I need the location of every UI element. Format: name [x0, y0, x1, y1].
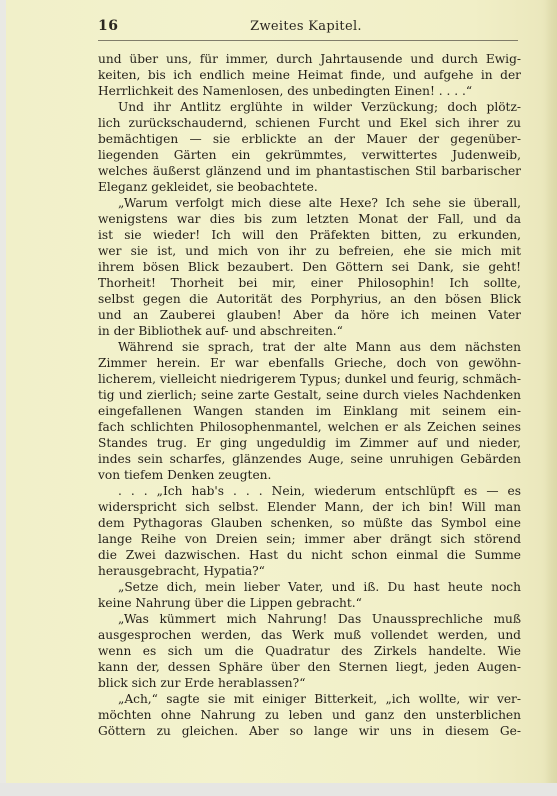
text-line: . . . „Ich hab's . . . Nein, wiederum en…	[98, 483, 521, 499]
text-line: Thorheit! Thorheit bei mir, einer Philos…	[98, 275, 521, 291]
text-line: Herrlichkeit des Namenlosen, des unbedin…	[98, 83, 521, 99]
text-line: keiten, bis ich endlich meine Heimat fin…	[98, 67, 521, 83]
text-line: indes sein scharfes, glänzendes Auge, se…	[98, 451, 521, 467]
text-line: „Warum verfolgt mich diese alte Hexe? Ic…	[98, 195, 521, 211]
header-rule	[98, 40, 518, 41]
text-line: und über uns, für immer, durch Jahrtause…	[98, 51, 521, 67]
text-line: selbst gegen die Autorität des Porphyriu…	[98, 291, 521, 307]
text-line: Während sie sprach, trat der alte Mann a…	[98, 339, 521, 355]
running-head: 16 Zweites Kapitel.	[98, 18, 514, 38]
page-edge-shadow	[545, 0, 557, 783]
text-line: ihrem bösen Blick bezaubert. Den Göttern…	[98, 259, 521, 275]
scanned-book-page: 16 Zweites Kapitel. und über uns, für im…	[0, 0, 557, 796]
text-line: wer sie ist, und mich von ihr zu befreie…	[98, 243, 521, 259]
text-line: welches äußerst glänzend und im phantast…	[98, 163, 521, 179]
text-line: Standes trug. Er ging ungeduldig im Zimm…	[98, 435, 521, 451]
text-line: kann der, dessen Sphäre über den Sternen…	[98, 659, 521, 675]
text-line: liegenden Gärten ein gekrümmtes, verwitt…	[98, 147, 521, 163]
text-line: „Ach,“ sagte sie mit einiger Bitterkeit,…	[98, 691, 521, 707]
text-line: wenigstens war dies bis zum letzten Mona…	[98, 211, 521, 227]
text-line: tig und zierlich; seine zarte Gestalt, s…	[98, 387, 521, 403]
text-line: ist sie wieder! Ich will den Präfekten b…	[98, 227, 521, 243]
text-line: „Was kümmert mich Nahrung! Das Unausspre…	[98, 611, 521, 627]
text-line: ausgesprochen werden, das Werk muß volle…	[98, 627, 521, 643]
text-line: keine Nahrung über die Lippen gebracht.“	[98, 595, 521, 611]
text-line: Und ihr Antlitz erglühte in wilder Verzü…	[98, 99, 521, 115]
text-line: die Zwei dazwischen. Hast du nicht schon…	[98, 547, 521, 563]
text-line: wenn es sich um die Quadratur des Zirkel…	[98, 643, 521, 659]
text-line: Göttern zu gleichen. Aber so lange wir u…	[98, 723, 521, 739]
text-line: eingefallenen Wangen standen im Einklang…	[98, 403, 521, 419]
text-line: dem Pythagoras Glauben schenken, so müßt…	[98, 515, 521, 531]
text-line: herausgebracht, Hypatia?“	[98, 563, 521, 579]
text-line: lange Reihe von Dreien sein; immer aber …	[98, 531, 521, 547]
text-line: licherem, vielleicht niedrigerem Typus; …	[98, 371, 521, 387]
text-line: Eleganz gekleidet, sie beobachtete.	[98, 179, 521, 195]
text-line: bemächtigen — sie erblickte an der Mauer…	[98, 131, 521, 147]
text-line: widerspricht sich selbst. Elender Mann, …	[98, 499, 521, 515]
text-line: lich zurückschaudernd, schienen Furcht u…	[98, 115, 521, 131]
text-line: möchten ohne Nahrung zu leben und ganz d…	[98, 707, 521, 723]
body-text: und über uns, für immer, durch Jahrtause…	[98, 51, 521, 739]
text-line: von tiefem Denken zeugten.	[98, 467, 521, 483]
chapter-title: Zweites Kapitel.	[98, 19, 514, 34]
text-line: in der Bibliothek auf- und abschreiten.“	[98, 323, 521, 339]
scan-bottom-margin	[0, 783, 557, 796]
text-line: Zimmer herein. Er war ebenfalls Grieche,…	[98, 355, 521, 371]
text-line: blick sich zur Erde herablassen?“	[98, 675, 521, 691]
text-line: fach schlichten Philosophenmantel, welch…	[98, 419, 521, 435]
text-line: „Setze dich, mein lieber Vater, und iß. …	[98, 579, 521, 595]
text-line: und an Zauberei glauben! Aber da höre ic…	[98, 307, 521, 323]
